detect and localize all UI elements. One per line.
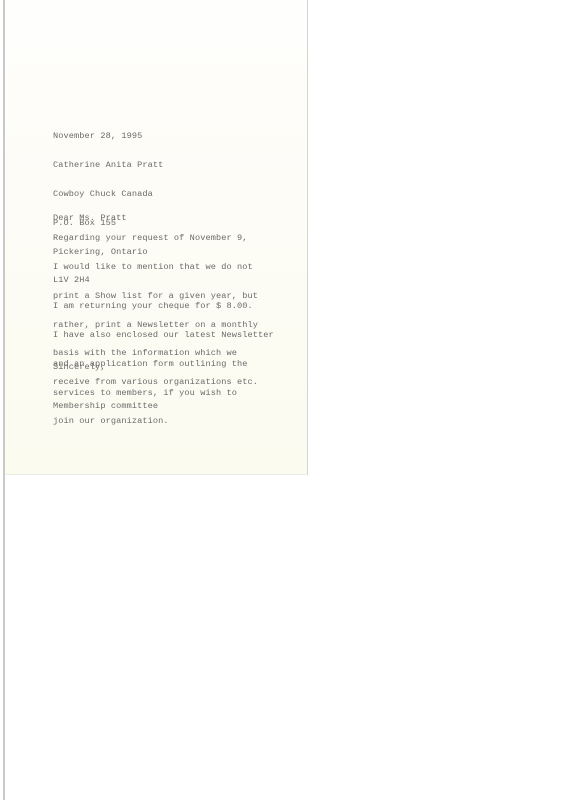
signature-text: Membership committee [53,402,158,412]
paragraph-line: I am returning your cheque for $ 8.00. [53,302,274,312]
closing-text: Sincerely, [53,363,106,373]
letter-page: November 28, 1995 Catherine Anita Pratt … [5,0,308,475]
address-line: Catherine Anita Pratt [53,161,163,171]
paragraph-line: I would like to mention that we do not [53,263,258,273]
letter-body: November 28, 1995 Catherine Anita Pratt … [53,0,74,144]
paragraph-line: Regarding your request of November 9, [53,234,258,244]
signature: Membership committee [53,383,158,431]
date-text: November 28, 1995 [53,132,142,142]
paragraph-line: I have also enclosed our latest Newslett… [53,331,274,341]
